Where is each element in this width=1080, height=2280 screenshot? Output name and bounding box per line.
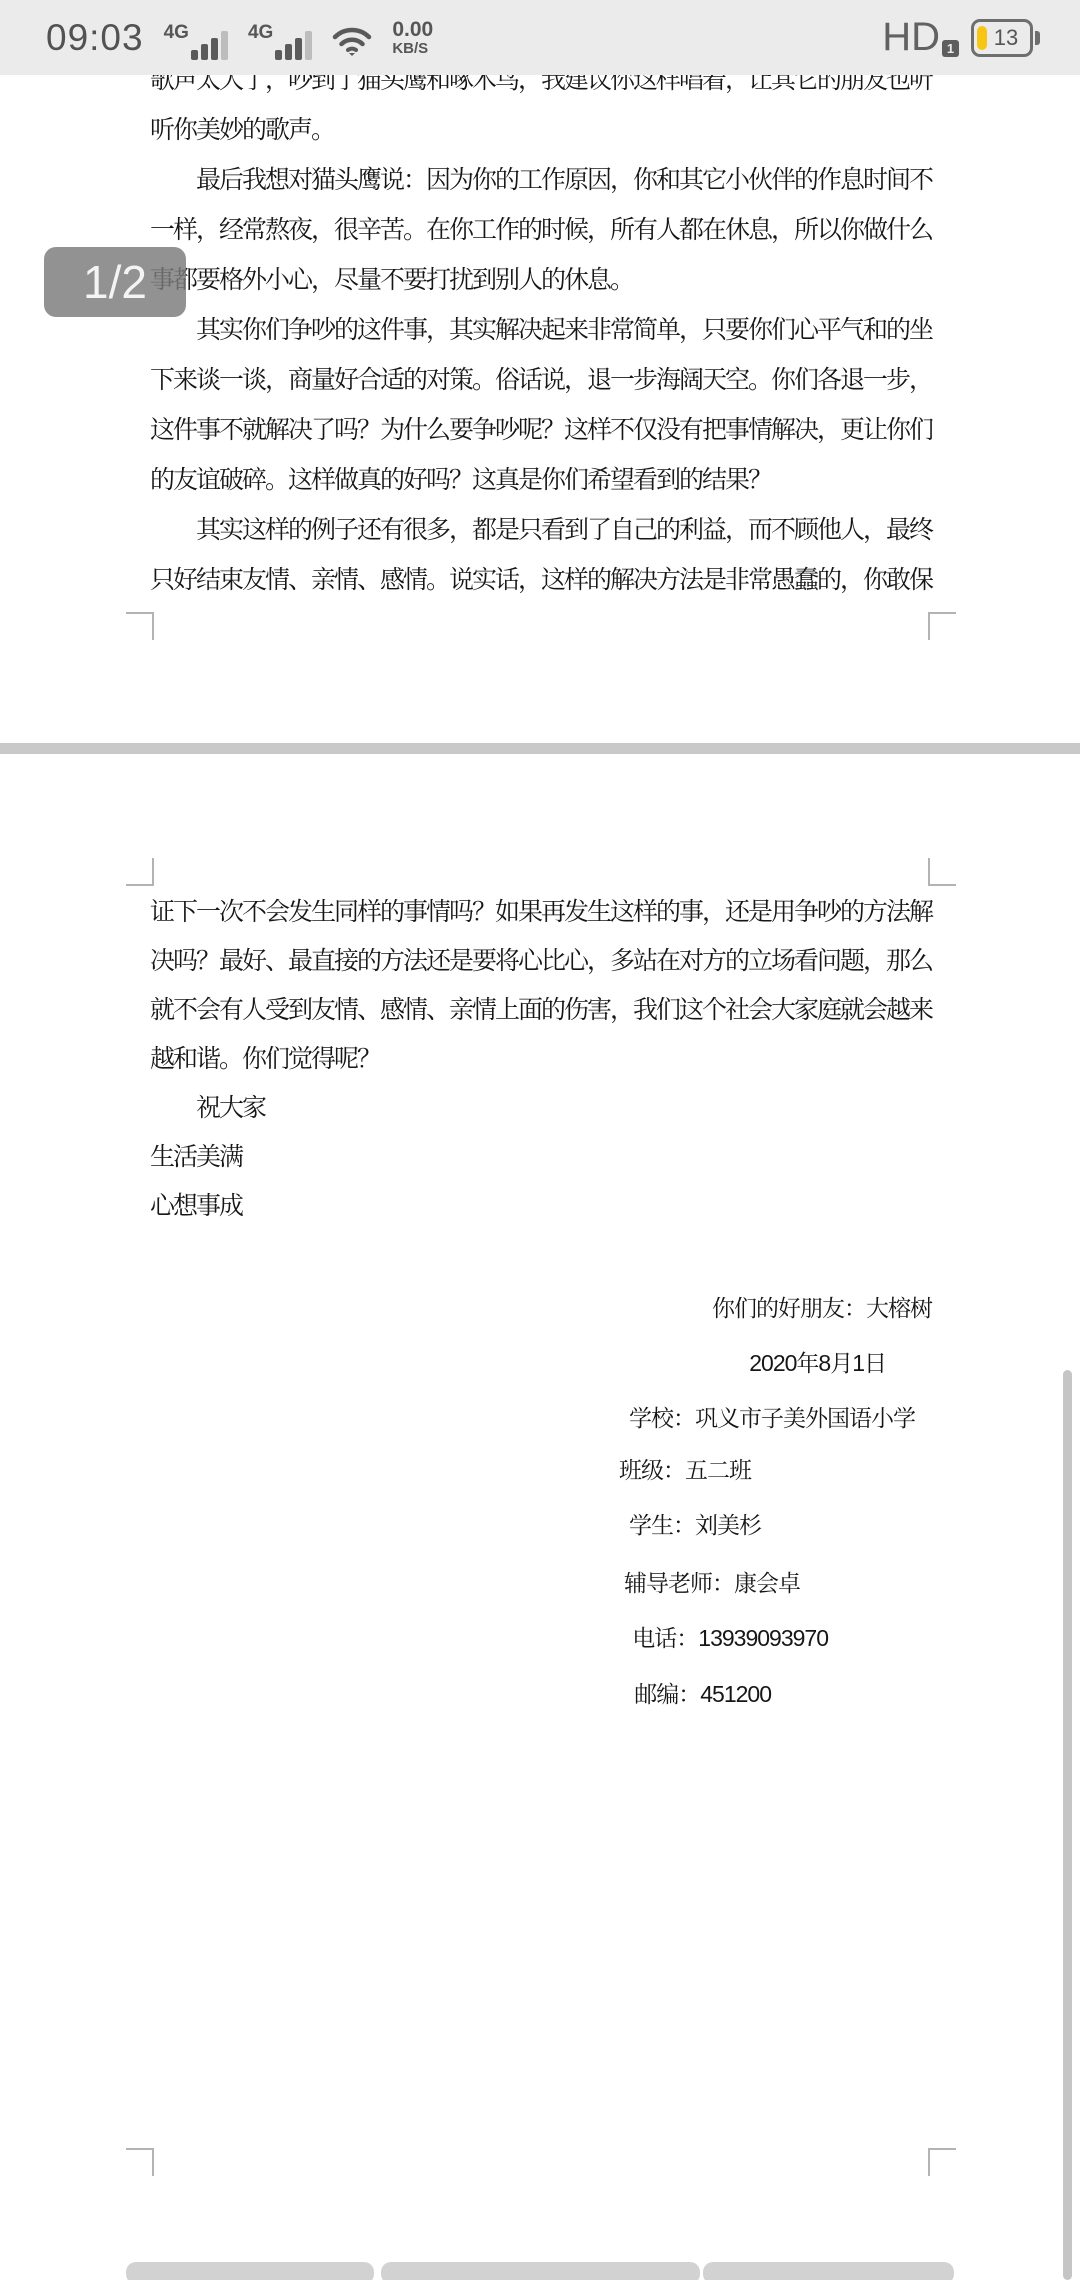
volte-hd-icon: HD 1	[882, 15, 959, 60]
doc-line: 听你美妙的歌声。	[150, 105, 932, 155]
volte-sim-badge: 1	[942, 40, 959, 57]
margin-corner-mark	[928, 2148, 956, 2176]
battery-body: 13	[971, 19, 1033, 57]
sim2-signal-icon: 4G	[248, 16, 312, 60]
page-indicator-label: 1/2	[83, 255, 147, 309]
signature-line: 学生：刘美杉	[629, 1507, 761, 1540]
page-2-text: 证下一次不会发生同样的事情吗？如果再发生这样的事，还是用争吵的方法解 决吗？最好…	[150, 888, 932, 1231]
margin-corner-mark	[928, 858, 956, 886]
scrollbar[interactable]	[1063, 1370, 1072, 2280]
signature-line: 2020年8月1日	[749, 1345, 886, 1378]
doc-line: 证下一次不会发生同样的事情吗？如果再发生这样的事，还是用争吵的方法解	[150, 888, 932, 937]
status-bar-right: HD 1 13	[882, 15, 1040, 60]
page-1-text: 歌声太大了，吵到了猫头鹰和啄木鸟，我建议你这样唱着，让其它的朋友也听 听你美妙的…	[150, 55, 932, 605]
doc-line: 祝大家	[150, 1084, 932, 1133]
sim1-signal-bars-icon	[191, 30, 228, 60]
network-speed: 0.00 KB/S	[392, 19, 433, 57]
margin-corner-mark	[928, 612, 956, 640]
doc-line: 的友谊破碎。这样做真的好吗？这真是你们希望看到的结果？	[150, 455, 932, 505]
doc-line: 其实你们争吵的这件事，其实解决起来非常简单，只要你们心平气和的坐	[150, 305, 932, 355]
network-speed-unit: KB/S	[392, 41, 428, 57]
bottom-toolbar-pill[interactable]	[381, 2262, 700, 2280]
battery-icon: 13	[971, 19, 1040, 57]
page-indicator-badge: 1/2	[44, 247, 186, 317]
signature-line: 学校：巩义市子美外国语小学	[629, 1400, 915, 1433]
wifi-icon	[332, 24, 372, 56]
margin-corner-mark	[126, 612, 154, 640]
doc-line: 最后我想对猫头鹰说：因为你的工作原因，你和其它小伙伴的作息时间不	[150, 155, 932, 205]
doc-line: 生活美满	[150, 1133, 932, 1182]
margin-corner-mark	[126, 858, 154, 886]
doc-line: 这件事不就解决了吗？为什么要争吵呢？这样不仅没有把事情解决，更让你们	[150, 405, 932, 455]
doc-line: 一样，经常熬夜，很辛苦。在你工作的时候，所有人都在休息，所以你做什么	[150, 205, 932, 255]
sim2-signal-bars-icon	[275, 30, 312, 60]
status-bar: 09:03 4G 4G	[0, 0, 1080, 75]
margin-corner-mark	[126, 2148, 154, 2176]
screen: 09:03 4G 4G	[0, 0, 1080, 2280]
signature-line: 班级：五二班	[619, 1452, 751, 1485]
signature-line: 辅导老师：康会卓	[624, 1565, 800, 1598]
signature-line: 电话：13939093970	[632, 1620, 828, 1653]
battery-level-fill	[977, 26, 987, 50]
network-speed-value: 0.00	[392, 19, 433, 41]
doc-line: 下来谈一谈，商量好合适的对策。俗话说，退一步海阔天空。你们各退一步，	[150, 355, 932, 405]
doc-line: 事都要格外小心，尽量不要打扰到别人的休息。	[150, 255, 932, 305]
bottom-toolbar-pill[interactable]	[703, 2262, 954, 2280]
battery-nub	[1035, 31, 1040, 45]
signature-line: 邮编：451200	[634, 1676, 771, 1709]
doc-line: 越和谐。你们觉得呢？	[150, 1035, 932, 1084]
doc-line: 决吗？最好、最直接的方法还是要将心比心，多站在对方的立场看问题，那么	[150, 937, 932, 986]
doc-line: 其实这样的例子还有很多，都是只看到了自己的利益，而不顾他人，最终	[150, 505, 932, 555]
bottom-toolbar-pill[interactable]	[126, 2262, 374, 2280]
sim1-network-type-label: 4G	[164, 22, 189, 44]
document-viewport[interactable]: 歌声太大了，吵到了猫头鹰和啄木鸟，我建议你这样唱着，让其它的朋友也听 听你美妙的…	[0, 0, 1080, 2280]
volte-hd-label: HD	[882, 15, 940, 60]
clock: 09:03	[46, 17, 144, 59]
doc-line: 就不会有人受到友情、感情、亲情上面的伤害，我们这个社会大家庭就会越来	[150, 986, 932, 1035]
sim1-signal-icon: 4G	[164, 16, 228, 60]
doc-line: 心想事成	[150, 1182, 932, 1231]
sim2-network-type-label: 4G	[248, 22, 273, 44]
page-separator	[0, 743, 1080, 754]
doc-line: 只好结束友情、亲情、感情。说实话，这样的解决方法是非常愚蠢的，你敢保	[150, 555, 932, 605]
status-bar-left: 09:03 4G 4G	[46, 16, 433, 60]
signature-line: 你们的好朋友：大榕树	[712, 1290, 932, 1323]
